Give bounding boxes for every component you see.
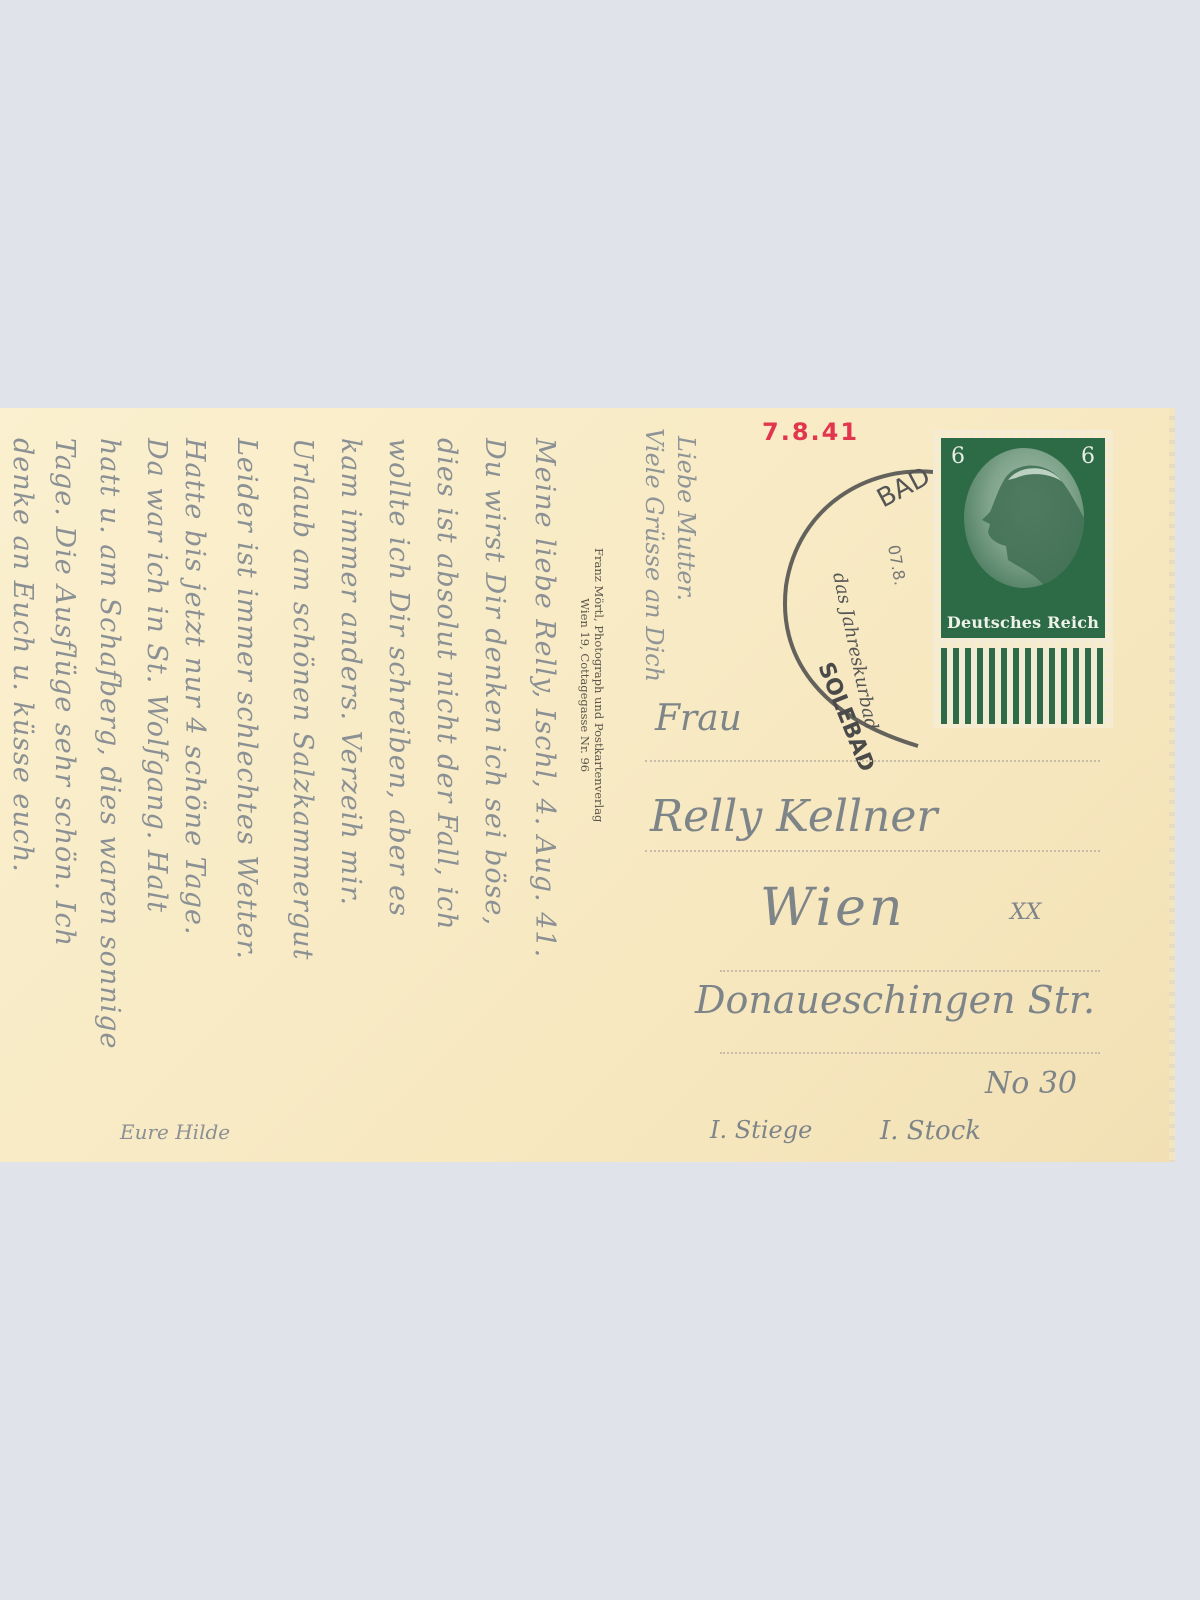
postmark-date: 07.8. [884, 543, 910, 586]
address-rule [645, 850, 1100, 852]
signature: Eure Hilde [120, 1120, 230, 1144]
message-line: Da war ich in St. Wolfgang. Halt [141, 438, 172, 913]
message-line: denke an Euch u. küsse euch. [7, 438, 38, 873]
message-line: Meine liebe Relly, Ischl, 4. Aug. 41. [529, 438, 560, 958]
postmark-cancellation: BAD I SOLEBAD das Jahreskurbad 07.8. [778, 466, 938, 756]
message-line: kam immer anders. Verzeih mir. [335, 438, 366, 906]
recipient-city: Wien [760, 878, 905, 938]
imprint-line-1: Franz Mörtl, Photograph und Postkartenve… [592, 548, 606, 822]
recipient-salutation: Frau [655, 698, 742, 739]
recipient-house-number: No 30 [985, 1066, 1077, 1101]
printer-imprint: Franz Mörtl, Photograph und Postkartenve… [578, 548, 606, 822]
recipient-district: XX [1010, 900, 1041, 925]
address-rule [720, 1052, 1100, 1054]
recipient-street: Donaueschingen Str. [695, 978, 1095, 1022]
recipient-name: Relly Kellner [650, 791, 937, 842]
stamp-value-right: 6 [1081, 444, 1095, 469]
imprint-line-2: Wien 19, Cottagegasse Nr. 96 [578, 548, 592, 822]
message-line: hatt u. am Schafberg, dies waren sonnige [94, 438, 125, 1050]
message-line: Du wirst Dir denken ich sei böse, [479, 438, 510, 926]
margin-greeting-line-1: Viele Grüsse an Dich [640, 428, 668, 682]
message-line: Urlaub am schönen Salzkammergut [287, 438, 318, 960]
message-line: Leider ist immer schlechtes Wetter. [231, 438, 262, 960]
message-line: Tage. Die Ausflüge sehr schön. Ich [49, 438, 80, 947]
date-note: 7.8.41 [762, 418, 859, 446]
stamp-face: 6 6 Deutsches Reich [941, 438, 1105, 638]
margin-greeting-line-2: Liebe Mutter. [672, 436, 700, 601]
message-line: wollte ich Dir schreiben, aber es [383, 438, 414, 917]
stamp-country: Deutsches Reich [941, 613, 1105, 632]
recipient-floor: I. Stock [880, 1116, 981, 1146]
stamp-value-left: 6 [951, 444, 965, 469]
recipient-stair: I. Stiege [710, 1116, 812, 1144]
portrait-medallion-icon [964, 448, 1084, 588]
address-rule [645, 760, 1100, 762]
address-rule [720, 970, 1100, 972]
message-line: dies ist absolut nicht der Fall, ich [431, 438, 462, 931]
message-line: Hatte bis jetzt nur 4 schöne Tage. [179, 438, 210, 936]
stamp-sheet-margin [941, 648, 1105, 724]
postage-stamp: 6 6 Deutsches Reich [933, 430, 1113, 728]
postcard-back: Meine liebe Relly, Ischl, 4. Aug. 41. Du… [0, 408, 1175, 1162]
